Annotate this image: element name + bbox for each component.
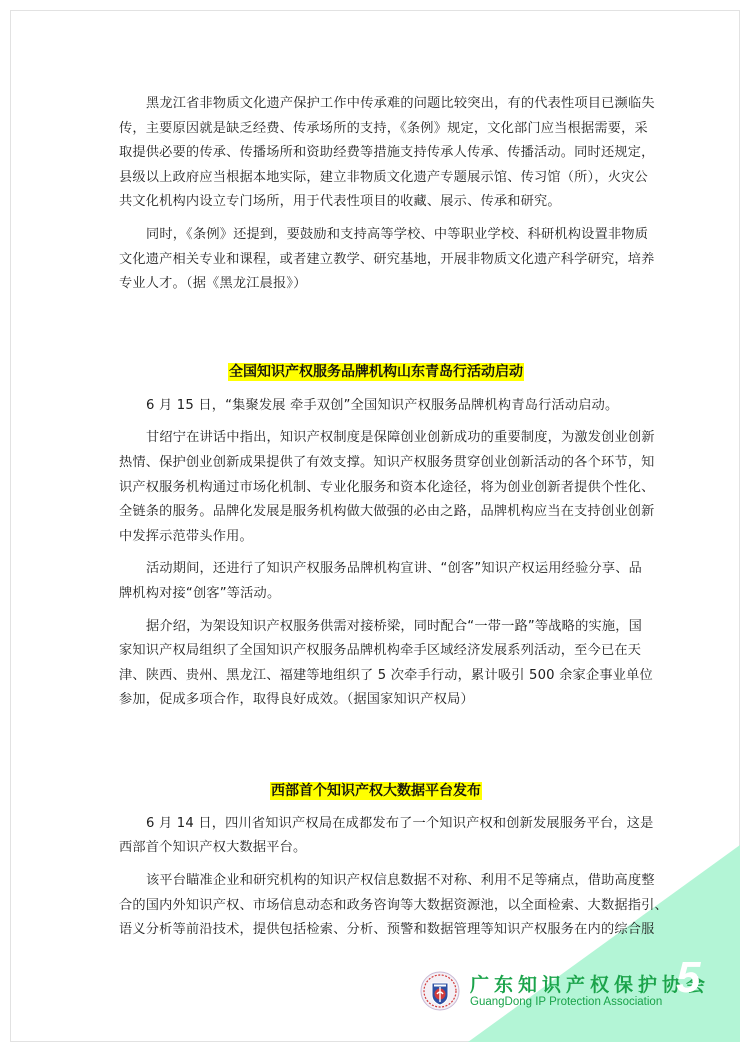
org-name-cn: 广东知识产权保护协会 — [470, 970, 710, 997]
article-title: 全国知识产权服务品牌机构山东青岛行活动启动 — [119, 362, 633, 382]
text-line: 参加，促成多项合作，取得良好成效。（据国家知识产权局） — [119, 688, 633, 713]
text-line: 同时，《条例》还提到，要鼓励和支持高等学校、中等职业学校、科研机构设置非物质 — [119, 223, 633, 248]
paragraph: 6 月 15 日，“集聚发展 牵手双创”全国知识产权服务品牌机构青岛行活动启动。 — [119, 394, 633, 419]
association-emblem-icon — [420, 971, 460, 1011]
text-line: 牌机构对接“创客”等活动。 — [119, 582, 633, 607]
text-line: 合的国内外知识产权、市场信息动态和政务咨询等大数据资源池，以全面检索、大数据指引… — [119, 894, 633, 919]
paragraph: 黑龙江省非物质文化遗产保护工作中传承难的问题比较突出，有的代表性项目已濒临失 传… — [119, 92, 633, 215]
text-line: 共文化机构内设立专门场所，用于代表性项目的收藏、展示、传承和研究。 — [119, 190, 633, 215]
text-line: 识产权服务机构通过市场化机制、专业化服务和资本化途径，将为创业创新者提供个性化、 — [119, 476, 633, 501]
article-title-text: 西部首个知识产权大数据平台发布 — [270, 782, 482, 800]
text-line: 活动期间，还进行了知识产权服务品牌机构宣讲、“创客”知识产权运用经验分享、品 — [119, 557, 633, 582]
text-line: 家知识产权局组织了全国知识产权服务品牌机构牵手区域经济发展系列活动，至今已在天 — [119, 639, 633, 664]
paragraph: 同时，《条例》还提到，要鼓励和支持高等学校、中等职业学校、科研机构设置非物质 文… — [119, 223, 633, 297]
article-qingdao: 全国知识产权服务品牌机构山东青岛行活动启动 6 月 15 日，“集聚发展 牵手双… — [119, 362, 633, 713]
text-line: 据介绍，为架设知识产权服务供需对接桥梁，同时配合“一带一路”等战略的实施，国 — [119, 615, 633, 640]
paragraph: 甘绍宁在讲话中指出，知识产权制度是保障创业创新成功的重要制度，为激发创业创新 热… — [119, 426, 633, 549]
page-number: 5 — [676, 953, 700, 1003]
paragraph: 该平台瞄准企业和研究机构的知识产权信息数据不对称、利用不足等痛点，借助高度整 合… — [119, 869, 633, 943]
text-line: 县级以上政府应当根据本地实际，建立非物质文化遗产专题展示馆、传习馆（所），火灾公 — [119, 166, 633, 191]
text-line: 津、陕西、贵州、黑龙江、福建等地组织了 5 次牵手行动，累计吸引 500 余家企… — [119, 664, 633, 689]
org-name-en: GuangDong IP Protection Association — [470, 996, 662, 1008]
article-title-text: 全国知识产权服务品牌机构山东青岛行活动启动 — [228, 363, 524, 381]
text-line: 该平台瞄准企业和研究机构的知识产权信息数据不对称、利用不足等痛点，借助高度整 — [119, 869, 633, 894]
article-heilongjiang: 黑龙江省非物质文化遗产保护工作中传承难的问题比较突出，有的代表性项目已濒临失 传… — [119, 92, 633, 297]
text-line: 传，主要原因就是缺乏经费、传承场所的支持，《条例》规定，文化部门应当根据需要，采 — [119, 117, 633, 142]
text-line: 黑龙江省非物质文化遗产保护工作中传承难的问题比较突出，有的代表性项目已濒临失 — [119, 92, 633, 117]
article-western-platform: 西部首个知识产权大数据平台发布 6 月 14 日，四川省知识产权局在成都发布了一… — [119, 781, 633, 943]
text-line: 中发挥示范带头作用。 — [119, 525, 633, 550]
page-content: 黑龙江省非物质文化遗产保护工作中传承难的问题比较突出，有的代表性项目已濒临失 传… — [119, 92, 633, 951]
text-line: 6 月 14 日，四川省知识产权局在成都发布了一个知识产权和创新发展服务平台，这… — [119, 812, 633, 837]
paragraph: 据介绍，为架设知识产权服务供需对接桥梁，同时配合“一带一路”等战略的实施，国 家… — [119, 615, 633, 713]
text-line: 取提供必要的传承、传播场所和资助经费等措施支持传承人传承、传播活动。同时还规定， — [119, 141, 633, 166]
text-line: 热情、保护创业创新成果提供了有效支撑。知识产权服务贯穿创业创新活动的各个环节，知 — [119, 451, 633, 476]
paragraph: 6 月 14 日，四川省知识产权局在成都发布了一个知识产权和创新发展服务平台，这… — [119, 812, 633, 861]
text-line: 西部首个知识产权大数据平台。 — [119, 836, 633, 861]
text-line: 甘绍宁在讲话中指出，知识产权制度是保障创业创新成功的重要制度，为激发创业创新 — [119, 426, 633, 451]
text-line: 语义分析等前沿技术，提供包括检索、分析、预警和数据管理等知识产权服务在内的综合服 — [119, 918, 633, 943]
text-line: 6 月 15 日，“集聚发展 牵手双创”全国知识产权服务品牌机构青岛行活动启动。 — [119, 394, 633, 419]
text-line: 全链条的服务。品牌化发展是服务机构做大做强的必由之路，品牌机构应当在支持创业创新 — [119, 500, 633, 525]
text-line: 专业人才。（据《黑龙江晨报》） — [119, 272, 633, 297]
paragraph: 活动期间，还进行了知识产权服务品牌机构宣讲、“创客”知识产权运用经验分享、品 牌… — [119, 557, 633, 606]
text-line: 文化遗产相关专业和课程，或者建立教学、研究基地，开展非物质文化遗产科学研究，培养 — [119, 248, 633, 273]
article-title: 西部首个知识产权大数据平台发布 — [119, 781, 633, 801]
